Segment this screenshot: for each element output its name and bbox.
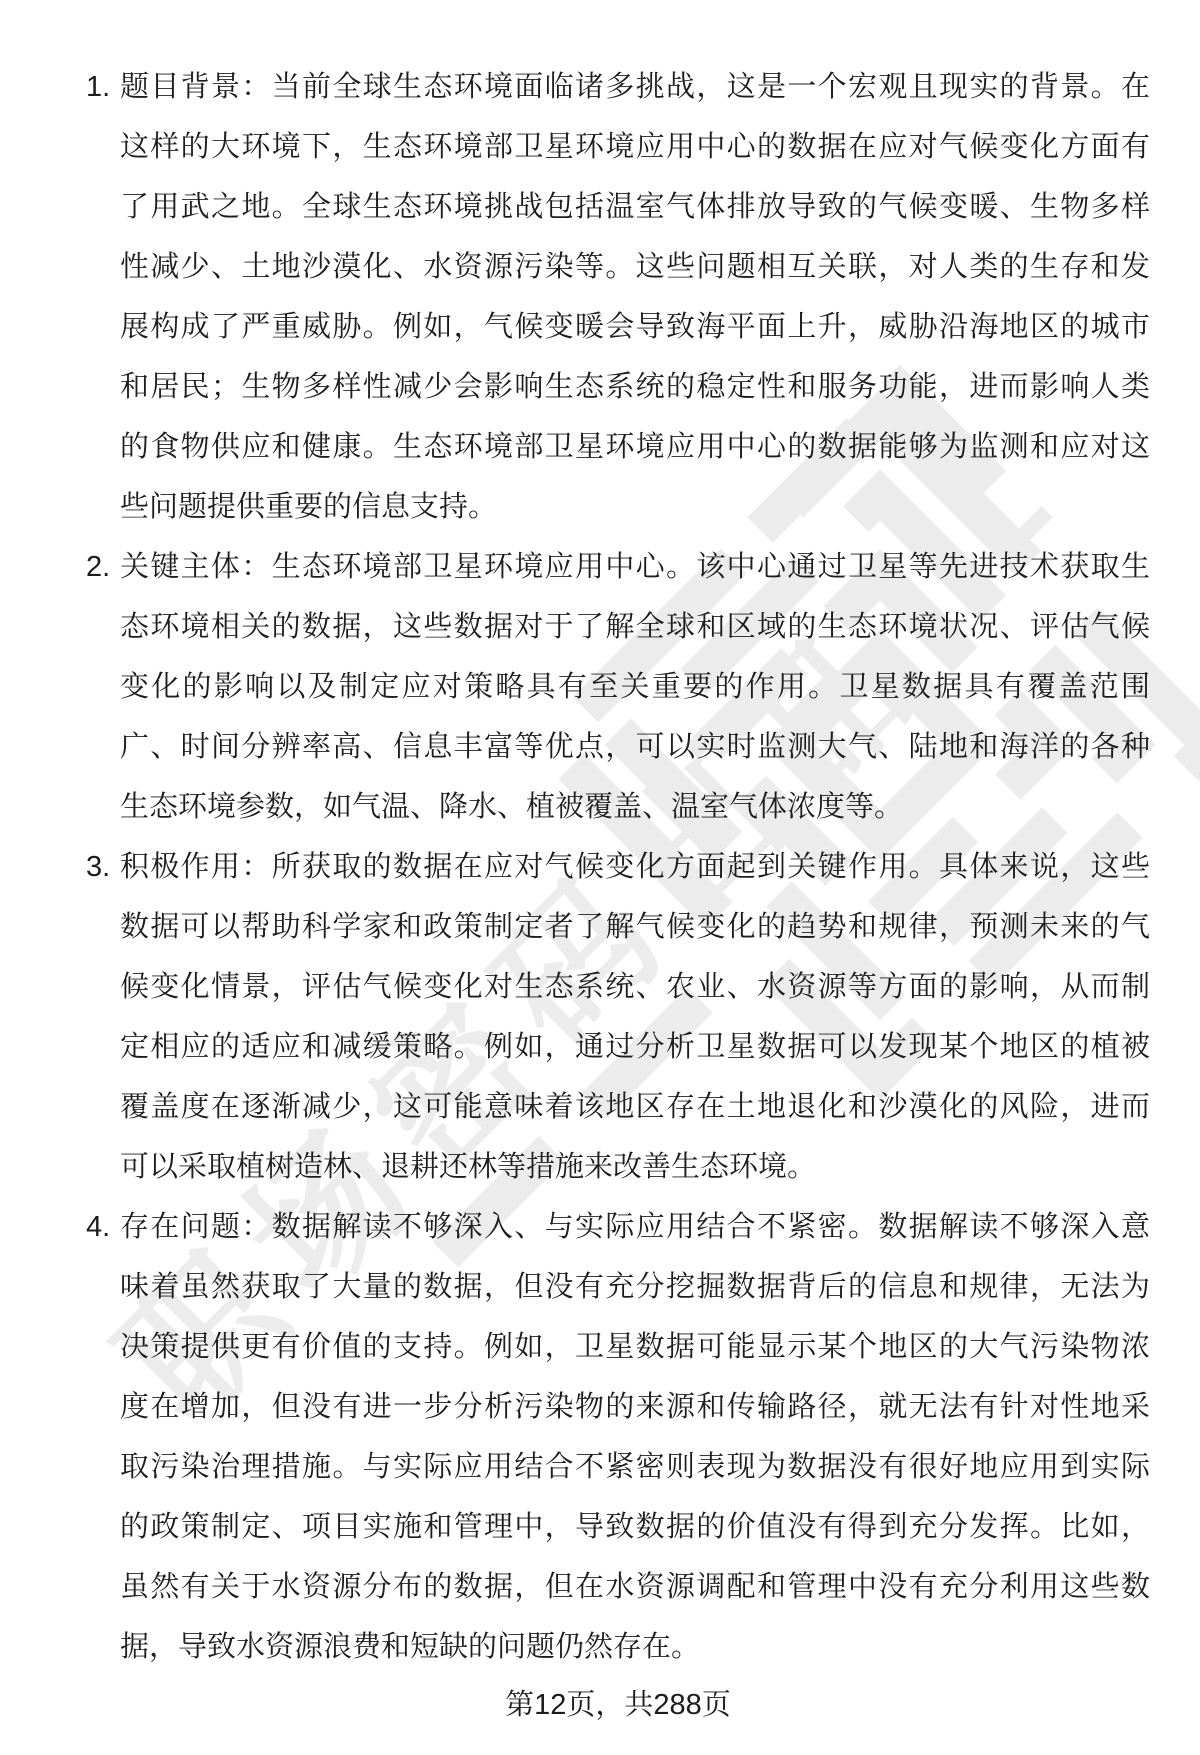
text-line: 了用武之地。全球生态环境挑战包括温室气体排放导致的气候变暖、生物多样 — [120, 177, 1150, 237]
text-line: 候变化情景，评估气候变化对生态系统、农业、水资源等方面的影响，从而制 — [120, 957, 1150, 1017]
text-line: 展构成了严重威胁。例如，气候变暖会导致海平面上升，威胁沿海地区的城市 — [120, 297, 1150, 357]
text-line: 关键主体：生态环境部卫星环境应用中心。该中心通过卫星等先进技术获取生 — [120, 537, 1150, 597]
numbered-list: 1.题目背景：当前全球生态环境面临诸多挑战，这是一个宏观且现实的背景。在这样的大… — [86, 57, 1150, 1677]
list-item: 4.存在问题：数据解读不够深入、与实际应用结合不紧密。数据解读不够深入意味着虽然… — [86, 1197, 1150, 1677]
text-line: 可以采取植树造林、退耕还林等措施来改善生态环境。 — [120, 1137, 1150, 1197]
list-item: 2.关键主体：生态环境部卫星环境应用中心。该中心通过卫星等先进技术获取生态环境相… — [86, 537, 1150, 837]
item-number: 3. — [86, 837, 120, 897]
text-line: 变化的影响以及制定应对策略具有至关重要的作用。卫星数据具有覆盖范围 — [120, 657, 1150, 717]
text-line: 这样的大环境下，生态环境部卫星环境应用中心的数据在应对气候变化方面有 — [120, 117, 1150, 177]
text-line: 覆盖度在逐渐减少，这可能意味着该地区存在土地退化和沙漠化的风险，进而 — [120, 1077, 1150, 1137]
text-line: 定相应的适应和减缓策略。例如，通过分析卫星数据可以发现某个地区的植被 — [120, 1017, 1150, 1077]
text-line: 数据可以帮助科学家和政策制定者了解气候变化的趋势和规律，预测未来的气 — [120, 897, 1150, 957]
text-line: 的政策制定、项目实施和管理中，导致数据的价值没有得到充分发挥。比如， — [120, 1497, 1150, 1557]
text-line: 味着虽然获取了大量的数据，但没有充分挖掘数据背后的信息和规律，无法为 — [120, 1257, 1150, 1317]
text-line: 和居民；生物多样性减少会影响生态系统的稳定性和服务功能，进而影响人类 — [120, 357, 1150, 417]
document-page: 职场密码出品 1.题目背景：当前全球生态环境面临诸多挑战，这是一个宏观且现实的背… — [0, 0, 1200, 1755]
text-line: 生态环境参数，如气温、降水、植被覆盖、温室气体浓度等。 — [120, 777, 1150, 837]
text-line: 性减少、土地沙漠化、水资源污染等。这些问题相互关联，对人类的生存和发 — [120, 237, 1150, 297]
item-number: 1. — [86, 57, 120, 117]
text-line: 广、时间分辨率高、信息丰富等优点，可以实时监测大气、陆地和海洋的各种 — [120, 717, 1150, 777]
text-line: 据，导致水资源浪费和短缺的问题仍然存在。 — [120, 1617, 1150, 1677]
text-line: 存在问题：数据解读不够深入、与实际应用结合不紧密。数据解读不够深入意 — [120, 1197, 1150, 1257]
item-number: 4. — [86, 1197, 120, 1257]
text-line: 度在增加，但没有进一步分析污染物的来源和传输路径，就无法有针对性地采 — [120, 1377, 1150, 1437]
text-line: 些问题提供重要的信息支持。 — [120, 477, 1150, 537]
list-item: 1.题目背景：当前全球生态环境面临诸多挑战，这是一个宏观且现实的背景。在这样的大… — [86, 57, 1150, 537]
text-line: 取污染治理措施。与实际应用结合不紧密则表现为数据没有很好地应用到实际 — [120, 1437, 1150, 1497]
item-number: 2. — [86, 537, 120, 597]
text-line: 题目背景：当前全球生态环境面临诸多挑战，这是一个宏观且现实的背景。在 — [120, 57, 1150, 117]
text-line: 的食物供应和健康。生态环境部卫星环境应用中心的数据能够为监测和应对这 — [120, 417, 1150, 477]
page-number-footer: 第12页，共288页 — [86, 1675, 1150, 1735]
text-line: 虽然有关于水资源分布的数据，但在水资源调配和管理中没有充分利用这些数 — [120, 1557, 1150, 1617]
text-line: 态环境相关的数据，这些数据对于了解全球和区域的生态环境状况、评估气候 — [120, 597, 1150, 657]
text-line: 积极作用：所获取的数据在应对气候变化方面起到关键作用。具体来说，这些 — [120, 837, 1150, 897]
text-line: 决策提供更有价值的支持。例如，卫星数据可能显示某个地区的大气污染物浓 — [120, 1317, 1150, 1377]
list-item: 3.积极作用：所获取的数据在应对气候变化方面起到关键作用。具体来说，这些数据可以… — [86, 837, 1150, 1197]
